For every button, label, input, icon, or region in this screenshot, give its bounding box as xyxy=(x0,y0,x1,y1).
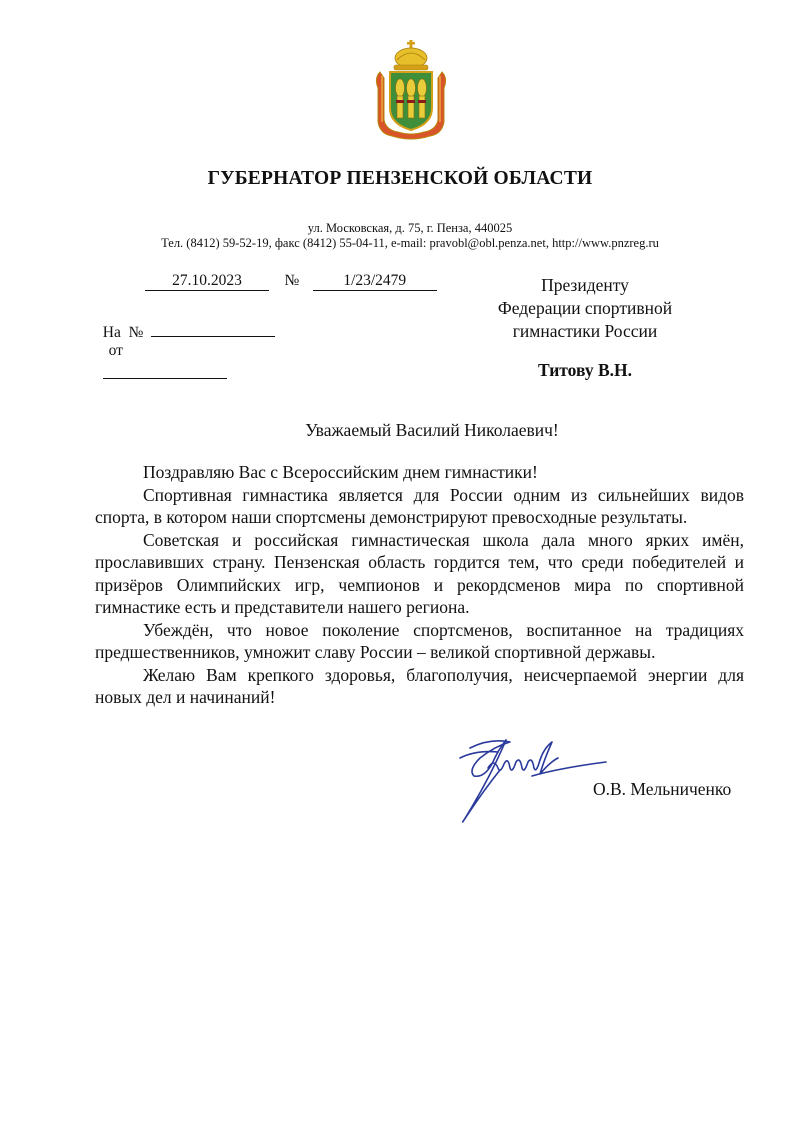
letterhead-address: ул. Московская, д. 75, г. Пенза, 440025 … xyxy=(0,221,800,251)
contacts-line: Тел. (8412) 59-52-19, факс (8412) 55-04-… xyxy=(0,236,800,251)
handwritten-signature xyxy=(440,728,610,828)
paragraph: Убеждён, что новое поколение спортсменов… xyxy=(95,619,744,664)
paragraph: Спортивная гимнастика является для Росси… xyxy=(95,484,744,529)
reply-to-label: На № xyxy=(103,324,151,342)
from-label: от xyxy=(103,342,129,360)
signature-icon xyxy=(440,728,610,828)
letterhead-title: ГУБЕРНАТОР ПЕНЗЕНСКОЙ ОБЛАСТИ xyxy=(0,168,800,190)
address-line: ул. Московская, д. 75, г. Пенза, 440025 xyxy=(0,221,800,236)
coat-of-arms-emblem xyxy=(372,38,450,144)
salutation: Уважаемый Василий Николаевич! xyxy=(0,420,800,441)
paragraph: Поздравляю Вас с Всероссийским днем гимн… xyxy=(95,461,744,484)
recipient-organization-cont: гимнастики России xyxy=(480,320,690,343)
signer-name: О.В. Мельниченко xyxy=(593,779,731,800)
registration-row-reply: На № от xyxy=(95,300,275,384)
recipient-organization: Федерации спортивной xyxy=(480,297,690,320)
registration-row-outgoing: 27.10.2023 № 1/23/2479 xyxy=(145,272,437,291)
recipient-name: Титову В.Н. xyxy=(480,360,690,381)
recipient-position: Президенту xyxy=(480,274,690,297)
number-label: № xyxy=(277,272,307,290)
recipient-block: Президенту Федерации спортивной гимнасти… xyxy=(480,274,690,343)
outgoing-date: 27.10.2023 xyxy=(145,272,269,291)
emblem-icon xyxy=(372,38,450,144)
paragraph: Желаю Вам крепкого здоровья, благополучи… xyxy=(95,664,744,709)
reply-to-number-field xyxy=(151,318,275,337)
letter-body: Поздравляю Вас с Всероссийским днем гимн… xyxy=(95,461,744,709)
paragraph: Советская и российская гимнастическая шк… xyxy=(95,529,744,619)
outgoing-number: 1/23/2479 xyxy=(313,272,437,291)
from-date-field xyxy=(103,360,227,379)
